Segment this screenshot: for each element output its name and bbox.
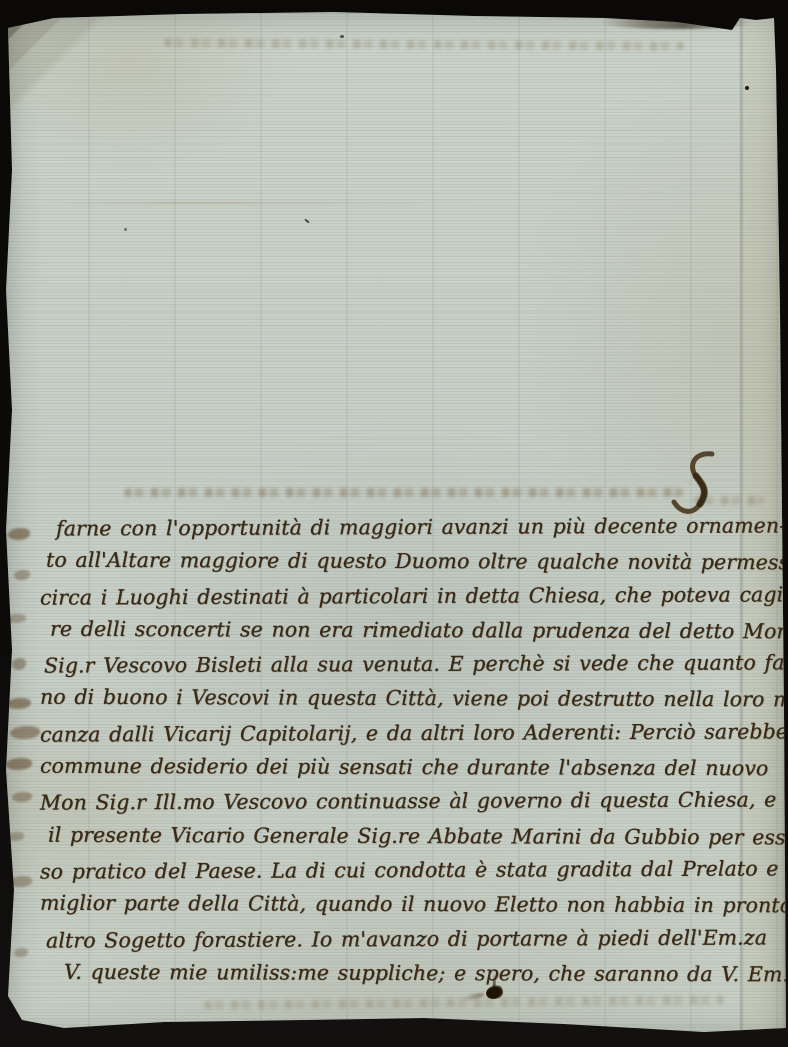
horizontal-crease [44, 202, 474, 204]
manuscript-line: re delli sconcerti se non era rimediato … [40, 612, 784, 649]
manuscript-line: circa i Luoghi destinati à particolari i… [40, 577, 784, 615]
offset-ink-smudge [12, 792, 32, 802]
show-through-marks-top [164, 38, 684, 51]
ink-speck [124, 228, 127, 231]
offset-ink-smudge [8, 832, 24, 841]
manuscript-line: so pratico del Paese. La di cui condotta… [40, 851, 784, 889]
photo-backdrop: farne con l'opportunità di maggiori avan… [0, 0, 788, 1047]
manuscript-line: Mon Sig.r Ill.mo Vescovo continuasse àl … [40, 783, 784, 821]
manuscript-line: canza dalli Vicarij Capitolarij, e da al… [40, 714, 784, 752]
offset-ink-smudge [10, 726, 40, 739]
manuscript-line: commune desiderio dei più sensati che du… [40, 749, 784, 786]
manuscript-line: Sig.r Vescovo Bisleti alla sua venuta. E… [40, 646, 784, 684]
handwritten-text-block: farne con l'opportunità di maggiori avan… [40, 510, 784, 990]
offset-ink-smudge [14, 948, 28, 957]
offset-ink-smudge [14, 570, 30, 580]
manuscript-line: miglior parte della Città, quando il nuo… [40, 886, 784, 923]
top-edge-stain [600, 16, 752, 29]
manuscript-line: altro Sogetto forastiere. Io m'avanzo di… [40, 920, 784, 958]
manuscript-line: to all'Altare maggiore di questo Duomo o… [40, 543, 784, 580]
offset-ink-smudge [12, 658, 26, 670]
manuscript-page: farne con l'opportunità di maggiori avan… [4, 10, 786, 1040]
ink-speck [745, 86, 749, 90]
manuscript-line: no di buono i Vescovi in questa Città, v… [40, 680, 784, 717]
manuscript-line: farne con l'opportunità di maggiori avan… [40, 508, 784, 546]
paper-fiber [304, 218, 310, 223]
ink-speck [340, 35, 344, 38]
offset-ink-smudge [8, 528, 30, 540]
offset-ink-smudge [10, 876, 32, 887]
folded-corner-top-left [4, 10, 104, 185]
manuscript-line: il presente Vicario Generale Sig.re Abba… [40, 817, 784, 854]
show-through-line [124, 488, 684, 497]
offset-ink-smudge [6, 614, 26, 623]
offset-ink-smudge [6, 758, 32, 770]
manuscript-line: V. queste mie umiliss:me suppliche; e sp… [40, 955, 784, 992]
offset-ink-smudge [7, 698, 31, 709]
